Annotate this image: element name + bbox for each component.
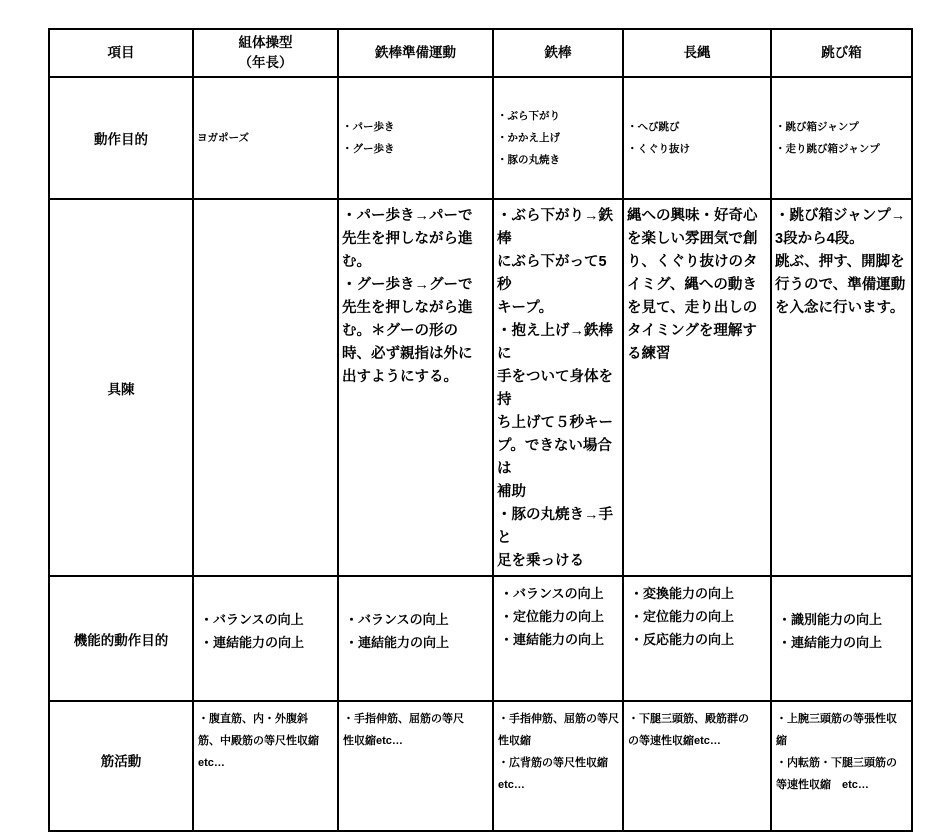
column-header-item: 項目 — [49, 29, 193, 77]
cell-purpose-tetsubou-junbi: ・パー歩き ・グー歩き — [338, 77, 493, 199]
cell-detail-tetsubou: ・ぶら下がり→鉄棒 にぶら下がって5秒 キープ。 ・抱え上げ→鉄棒に 手をついて… — [493, 199, 623, 576]
row-label-kinouteki: 機能的動作目的 — [49, 576, 193, 693]
cell-detail-tobibako: ・跳び箱ジャンプ→ 3段から4段。 跳ぶ、押す、開脚を 行うので、準備運動 を入… — [771, 199, 912, 576]
row-dousa-mokuteki: 動作目的 ヨガポーズ ・パー歩き ・グー歩き ・ぶら下がり ・かかえ上げ ・豚の… — [49, 77, 912, 199]
cell-func-naganawa: ・変換能力の向上 ・定位能力の向上 ・反応能力の向上 — [623, 576, 771, 693]
column-header-tetsubou: 鉄棒 — [493, 29, 623, 77]
cell-detail-tetsubou-junbi: ・パー歩き→パーで 先生を押しながら進 む。 ・グー歩き→グーで 先生を押しなが… — [338, 199, 493, 576]
column-header-tobibako: 跳び箱 — [771, 29, 912, 77]
table-header-row: 項目 組体操型 （年長） 鉄棒準備運動 鉄棒 長縄 跳び箱 — [49, 29, 912, 77]
cell-detail-naganawa: 縄への興味・好奇心 を楽しい雰囲気で創 り、くぐり抜けのタ イミグ、縄への動き … — [623, 199, 771, 576]
cell-func-tetsubou: ・バランスの向上 ・定位能力の向上 ・連結能力の向上 — [493, 576, 623, 693]
row-label-guchin: 具陳 — [49, 199, 193, 576]
column-header-tetsubou-junbi: 鉄棒準備運動 — [338, 29, 493, 77]
cell-func-tobibako: ・識別能力の向上 ・連結能力の向上 — [771, 576, 912, 693]
column-header-kumitaisou: 組体操型 （年長） — [193, 29, 338, 77]
row-guchin: 具陳 ・パー歩き→パーで 先生を押しながら進 む。 ・グー歩き→グーで 先生を押… — [49, 199, 912, 576]
row-kinouteki-dousa-mokuteki: 機能的動作目的 ・バランスの向上 ・連結能力の向上 ・バランスの向上 ・連結能力… — [49, 576, 912, 693]
cell-purpose-kumitaisou: ヨガポーズ — [193, 77, 338, 199]
cell-purpose-naganawa: ・へび跳び ・くぐり抜け — [623, 77, 771, 199]
cell-purpose-tobibako: ・跳び箱ジャンプ ・走り跳び箱ジャンプ — [771, 77, 912, 199]
cell-detail-kumitaisou — [193, 199, 338, 576]
cell-purpose-tetsubou: ・ぶら下がり ・かかえ上げ ・豚の丸焼き — [493, 77, 623, 199]
cell-func-tetsubou-junbi: ・バランスの向上 ・連結能力の向上 — [338, 576, 493, 693]
cell-func-kumitaisou: ・バランスの向上 ・連結能力の向上 — [193, 576, 338, 693]
row-label-dousa-mokuteki: 動作目的 — [49, 77, 193, 199]
activity-comparison-table: 項目 組体操型 （年長） 鉄棒準備運動 鉄棒 長縄 跳び箱 動作目的 ヨガポーズ… — [48, 28, 913, 693]
column-header-naganawa: 長縄 — [623, 29, 771, 77]
